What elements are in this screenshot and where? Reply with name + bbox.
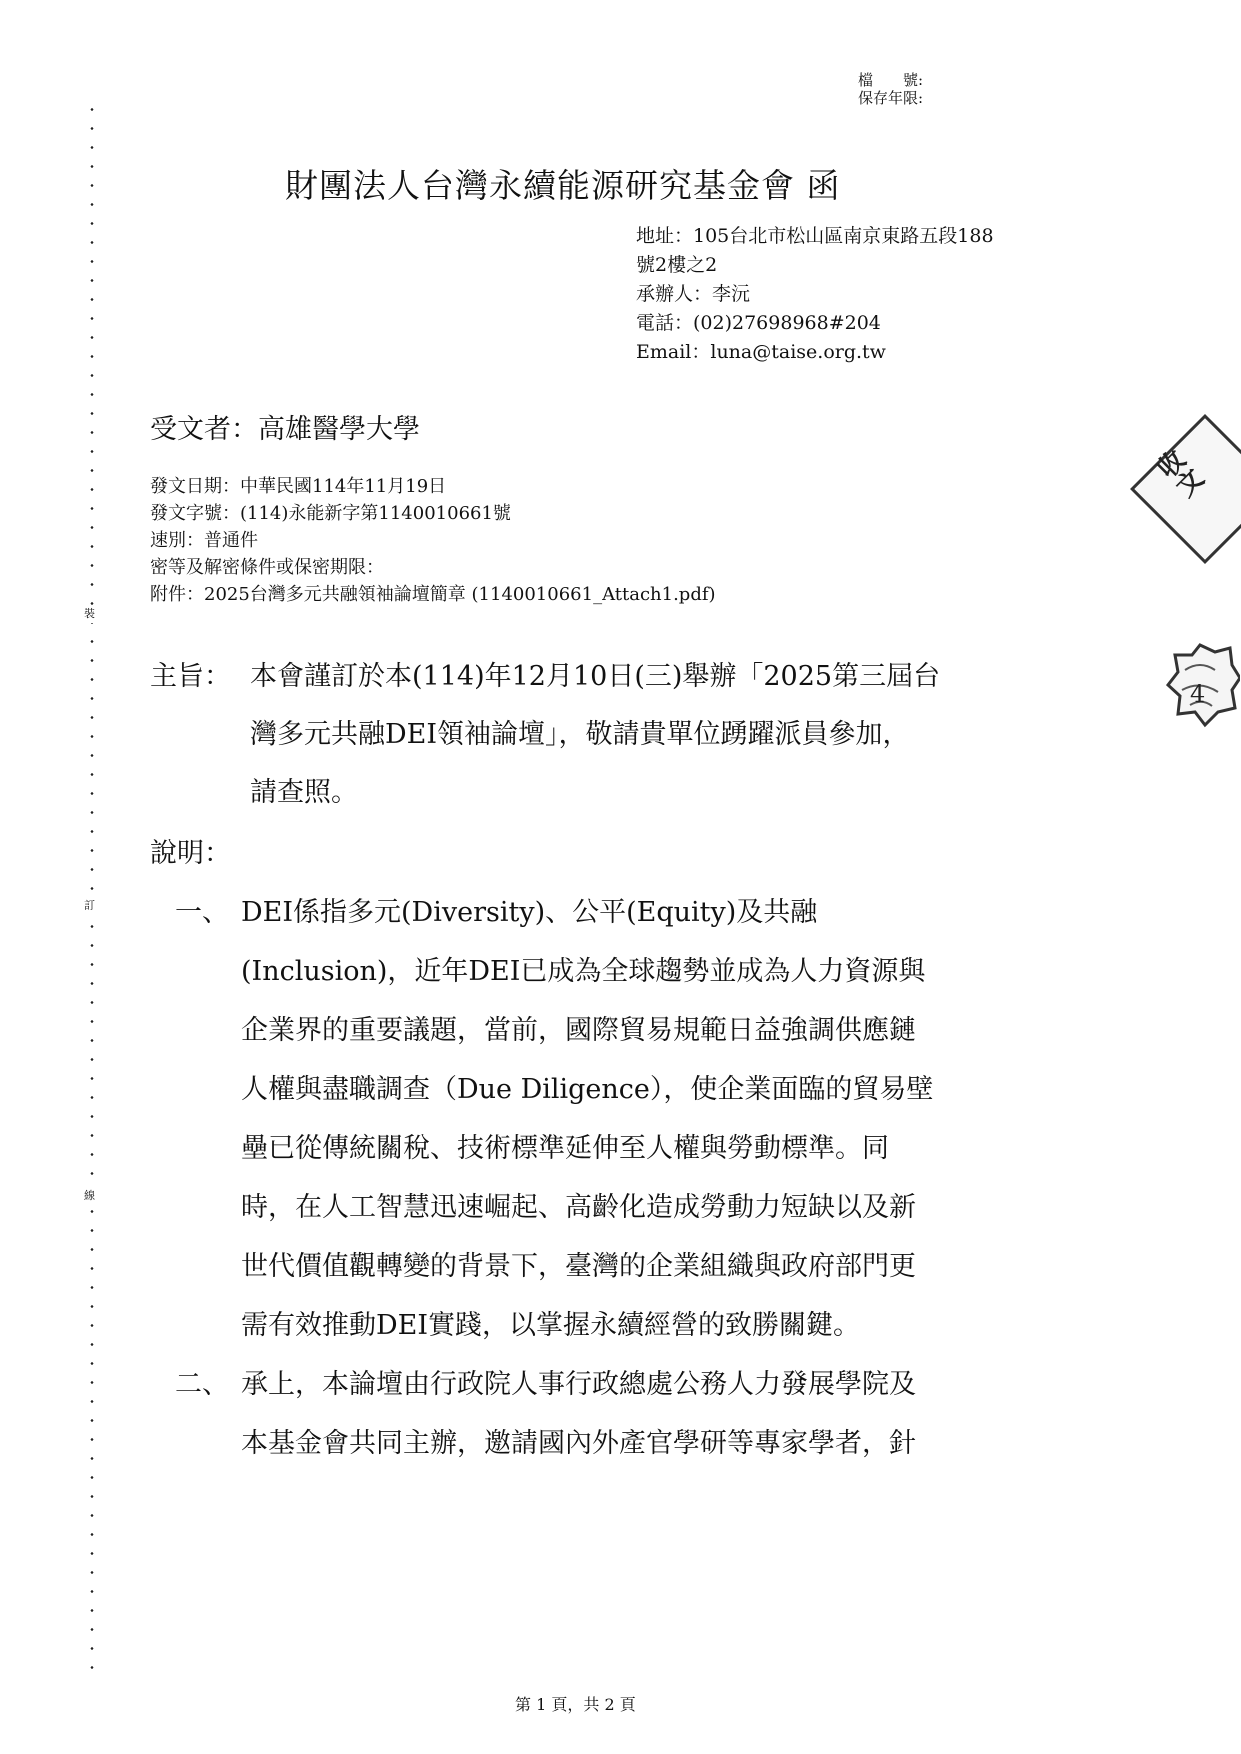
subject-line: 請查照。 bbox=[250, 764, 940, 822]
explanation-label: 說明： bbox=[150, 824, 231, 883]
subject-text: 本會謹訂於本(114)年12月10日(三)舉辦「2025第三屆台 灣多元共融DE… bbox=[250, 648, 940, 822]
body-line: 世代價值觀轉變的背景下，臺灣的企業組織與政府部門更 bbox=[241, 1237, 933, 1296]
contact-block: 地址：105台北市松山區南京東路五段188 號2樓之2 承辦人：李沅 電話：(0… bbox=[636, 222, 994, 367]
binding-label-ding: 訂 bbox=[84, 897, 95, 915]
file-number-label: 檔 號: bbox=[858, 72, 923, 89]
subject-label: 主旨： bbox=[150, 648, 231, 706]
item-marker-1: 一、 bbox=[175, 883, 229, 942]
item-marker-2: 二、 bbox=[175, 1355, 229, 1414]
body-line: 人權與盡職調查（Due Diligence），使企業面臨的貿易壁 bbox=[241, 1060, 933, 1119]
address-line-2: 號2樓之2 bbox=[636, 251, 994, 280]
recipient: 受文者：高雄醫學大學 bbox=[150, 407, 420, 446]
binding-margin-dotted-line bbox=[90, 100, 94, 1680]
attachment-link[interactable]: 附件：2025台灣多元共融領袖論壇簡章 (1140010661_Attach1.… bbox=[150, 581, 716, 608]
secrecy-level: 密等及解密條件或保密期限： bbox=[150, 554, 716, 581]
subject-line: 灣多元共融DEI領袖論壇」，敬請貴單位踴躍派員參加， bbox=[250, 706, 940, 764]
page-indicator: 第 1 頁，共 2 頁 bbox=[515, 1692, 636, 1715]
body-line: 時，在人工智慧迅速崛起、高齡化造成勞動力短缺以及新 bbox=[241, 1178, 933, 1237]
document-number: 發文字號：(114)永能新字第1140010661號 bbox=[150, 500, 716, 527]
body-line: 承上，本論壇由行政院人事行政總處公務人力發展學院及 bbox=[241, 1355, 916, 1414]
body-line: (Inclusion)，近年DEI已成為全球趨勢並成為人力資源與 bbox=[241, 942, 933, 1001]
binding-label-xian: 線 bbox=[84, 1187, 95, 1205]
subject-line: 本會謹訂於本(114)年12月10日(三)舉辦「2025第三屆台 bbox=[250, 648, 940, 706]
body-line: 本基金會共同主辦，邀請國內外產官學研等專家學者，針 bbox=[241, 1414, 916, 1473]
body-line: 企業界的重要議題，當前，國際貿易規範日益強調供應鏈 bbox=[241, 1001, 933, 1060]
handler: 承辦人：李沅 bbox=[636, 280, 994, 309]
document-title: 財團法人台灣永續能源研究基金會 函 bbox=[285, 160, 841, 207]
explanation-item-2: 承上，本論壇由行政院人事行政總處公務人力發展學院及 本基金會共同主辦，邀請國內外… bbox=[241, 1355, 916, 1473]
phone: 電話：(02)27698968#204 bbox=[636, 309, 994, 338]
address-line-1: 地址：105台北市松山區南京東路五段188 bbox=[636, 222, 994, 251]
retention-period-label: 保存年限: bbox=[858, 90, 923, 107]
body-line: 壘已從傳統關稅、技術標準延伸至人權與勞動標準。同 bbox=[241, 1119, 933, 1178]
speed-category: 速別：普通件 bbox=[150, 527, 716, 554]
issue-date: 發文日期：中華民國114年11月19日 bbox=[150, 473, 716, 500]
explanation-item-1: DEI係指多元(Diversity)、公平(Equity)及共融 (Inclus… bbox=[241, 883, 933, 1355]
document-info-block: 發文日期：中華民國114年11月19日 發文字號：(114)永能新字第11400… bbox=[150, 473, 716, 608]
email: Email：luna@taise.org.tw bbox=[636, 338, 994, 367]
page-seal-number: 4 bbox=[1190, 680, 1205, 708]
binding-label-zhuang: 裝 bbox=[84, 605, 95, 623]
body-line: DEI係指多元(Diversity)、公平(Equity)及共融 bbox=[241, 883, 933, 942]
body-line: 需有效推動DEI實踐，以掌握永續經營的致勝關鍵。 bbox=[241, 1296, 933, 1355]
